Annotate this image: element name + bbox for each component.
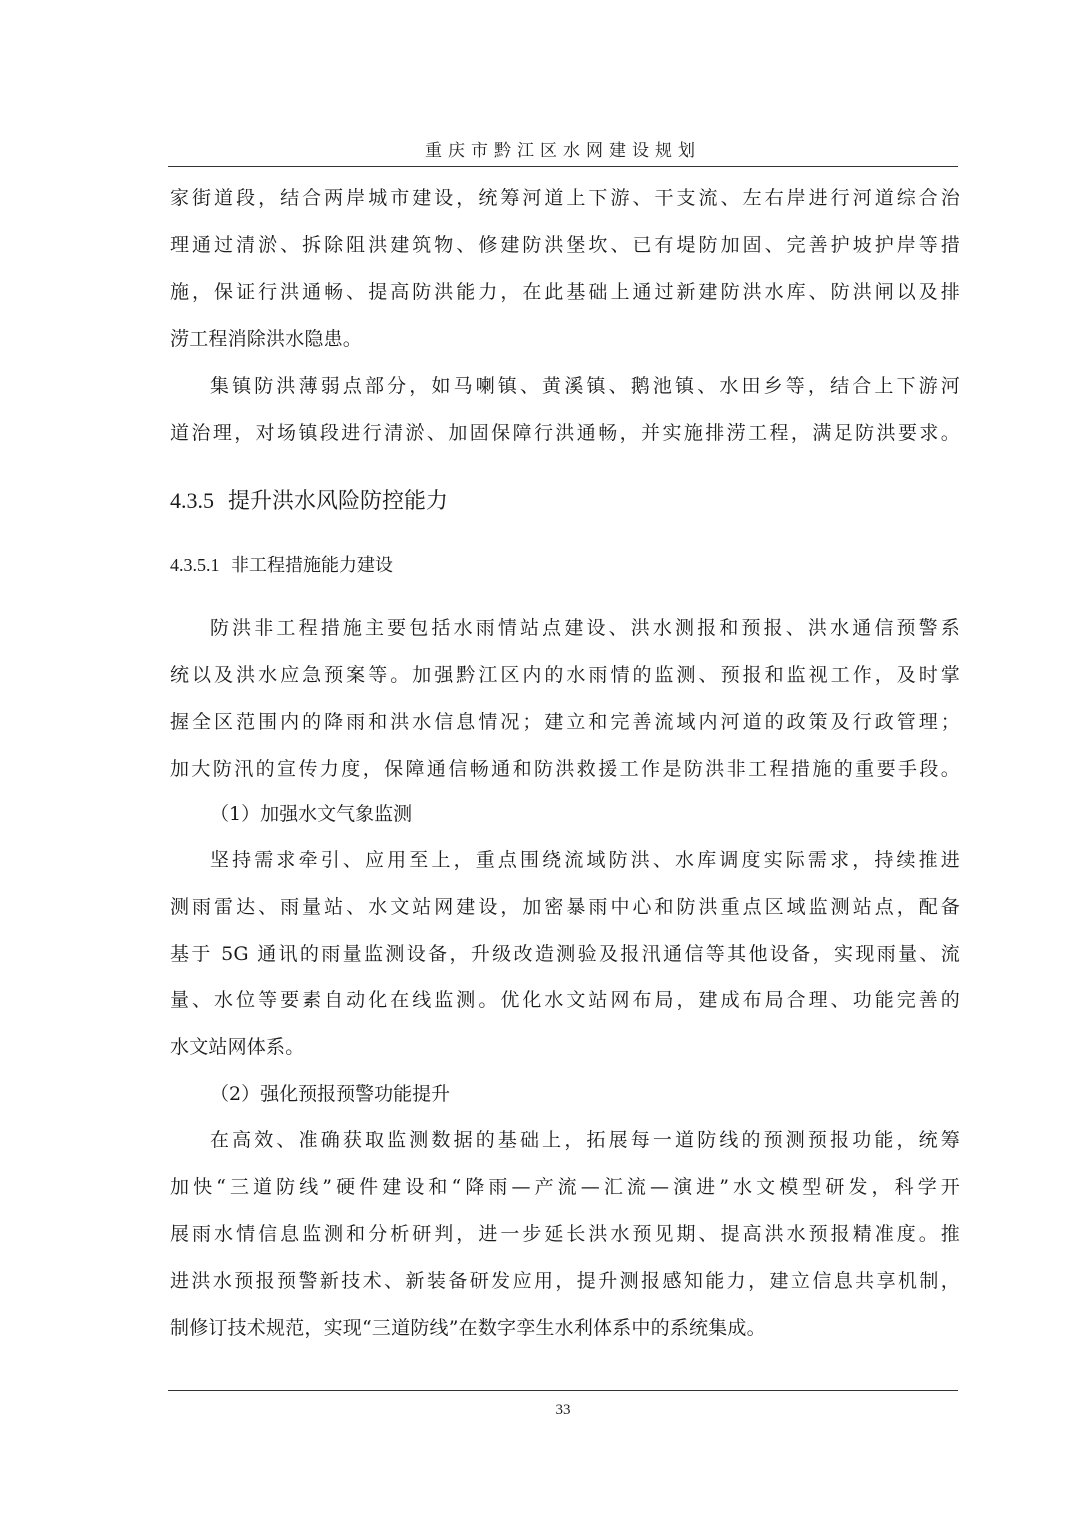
- paragraph-line: 道治理，对场镇段进行清淤、加固保障行洪通畅，并实施排涝工程，满足防洪要求。: [170, 421, 960, 445]
- running-header-title: 重庆市黔江区水网建设规划: [168, 136, 958, 161]
- paragraph-line: 握全区范围内的降雨和洪水信息情况；建立和完善流域内河道的政策及行政管理；: [170, 710, 960, 734]
- section-number: 4.3.5: [170, 488, 214, 513]
- paragraph-line: 加快“三道防线”硬件建设和“降雨—产流—汇流—演进”水文模型研发，科学开: [170, 1175, 960, 1199]
- paragraph-line: 水文站网体系。: [170, 1035, 960, 1059]
- paragraph-line: 统以及洪水应急预案等。加强黔江区内的水雨情的监测、预报和监视工作，及时掌: [170, 663, 960, 687]
- section-heading: 4.3.5 提升洪水风险防控能力: [170, 487, 448, 516]
- paragraph-line: 进洪水预报预警新技术、新装备研发应用，提升测报感知能力，建立信息共享机制，: [170, 1269, 960, 1293]
- footer-rule: [168, 1390, 958, 1391]
- document-page: 重庆市黔江区水网建设规划 家街道段，结合两岸城市建设，统筹河道上下游、干支流、左…: [0, 0, 1074, 1520]
- paragraph-line: 展雨水情信息监测和分析研判，进一步延长洪水预见期、提高洪水预报精准度。推: [170, 1222, 960, 1246]
- paragraph-line: 测雨雷达、雨量站、水文站网建设，加密暴雨中心和防洪重点区域监测站点，配备: [170, 895, 960, 919]
- paragraph-line: 理通过清淤、拆除阻洪建筑物、修建防洪堡坎、已有堤防加固、完善护坡护岸等措: [170, 233, 960, 257]
- paragraph-line: 制修订技术规范，实现“三道防线”在数字孪生水利体系中的系统集成。: [170, 1316, 960, 1340]
- subsection-heading: 4.3.5.1 非工程措施能力建设: [170, 553, 393, 578]
- paragraph-line: 防洪非工程措施主要包括水雨情站点建设、洪水测报和预报、洪水通信预警系: [170, 616, 960, 640]
- subsection-number: 4.3.5.1: [170, 555, 220, 575]
- paragraph-line: 量、水位等要素自动化在线监测。优化水文站网布局，建成布局合理、功能完善的: [170, 988, 960, 1012]
- page-number: 33: [168, 1402, 958, 1419]
- subsection-title: 非工程措施能力建设: [231, 555, 393, 576]
- list-item-heading: （1）加强水文气象监测: [210, 802, 412, 826]
- paragraph-line: 基于 5G 通讯的雨量监测设备，升级改造测验及报汛通信等其他设备，实现雨量、流: [170, 942, 960, 966]
- paragraph-line: 加大防汛的宣传力度，保障通信畅通和防洪救援工作是防洪非工程措施的重要手段。: [170, 757, 960, 781]
- paragraph-line: 集镇防洪薄弱点部分，如马喇镇、黄溪镇、鹅池镇、水田乡等，结合上下游河: [170, 374, 960, 398]
- paragraph-line: 坚持需求牵引、应用至上，重点围绕流域防洪、水库调度实际需求，持续推进: [170, 848, 960, 872]
- paragraph-line: 施，保证行洪通畅、提高防洪能力，在此基础上通过新建防洪水库、防洪闸以及排: [170, 280, 960, 304]
- paragraph-line: 家街道段，结合两岸城市建设，统筹河道上下游、干支流、左右岸进行河道综合治: [170, 186, 960, 210]
- header-rule: [168, 166, 958, 167]
- section-title: 提升洪水风险防控能力: [228, 489, 448, 514]
- list-item-heading: （2）强化预报预警功能提升: [210, 1082, 450, 1106]
- paragraph-line: 在高效、准确获取监测数据的基础上，拓展每一道防线的预测预报功能，统筹: [170, 1128, 960, 1152]
- paragraph-line: 涝工程消除洪水隐患。: [170, 327, 960, 351]
